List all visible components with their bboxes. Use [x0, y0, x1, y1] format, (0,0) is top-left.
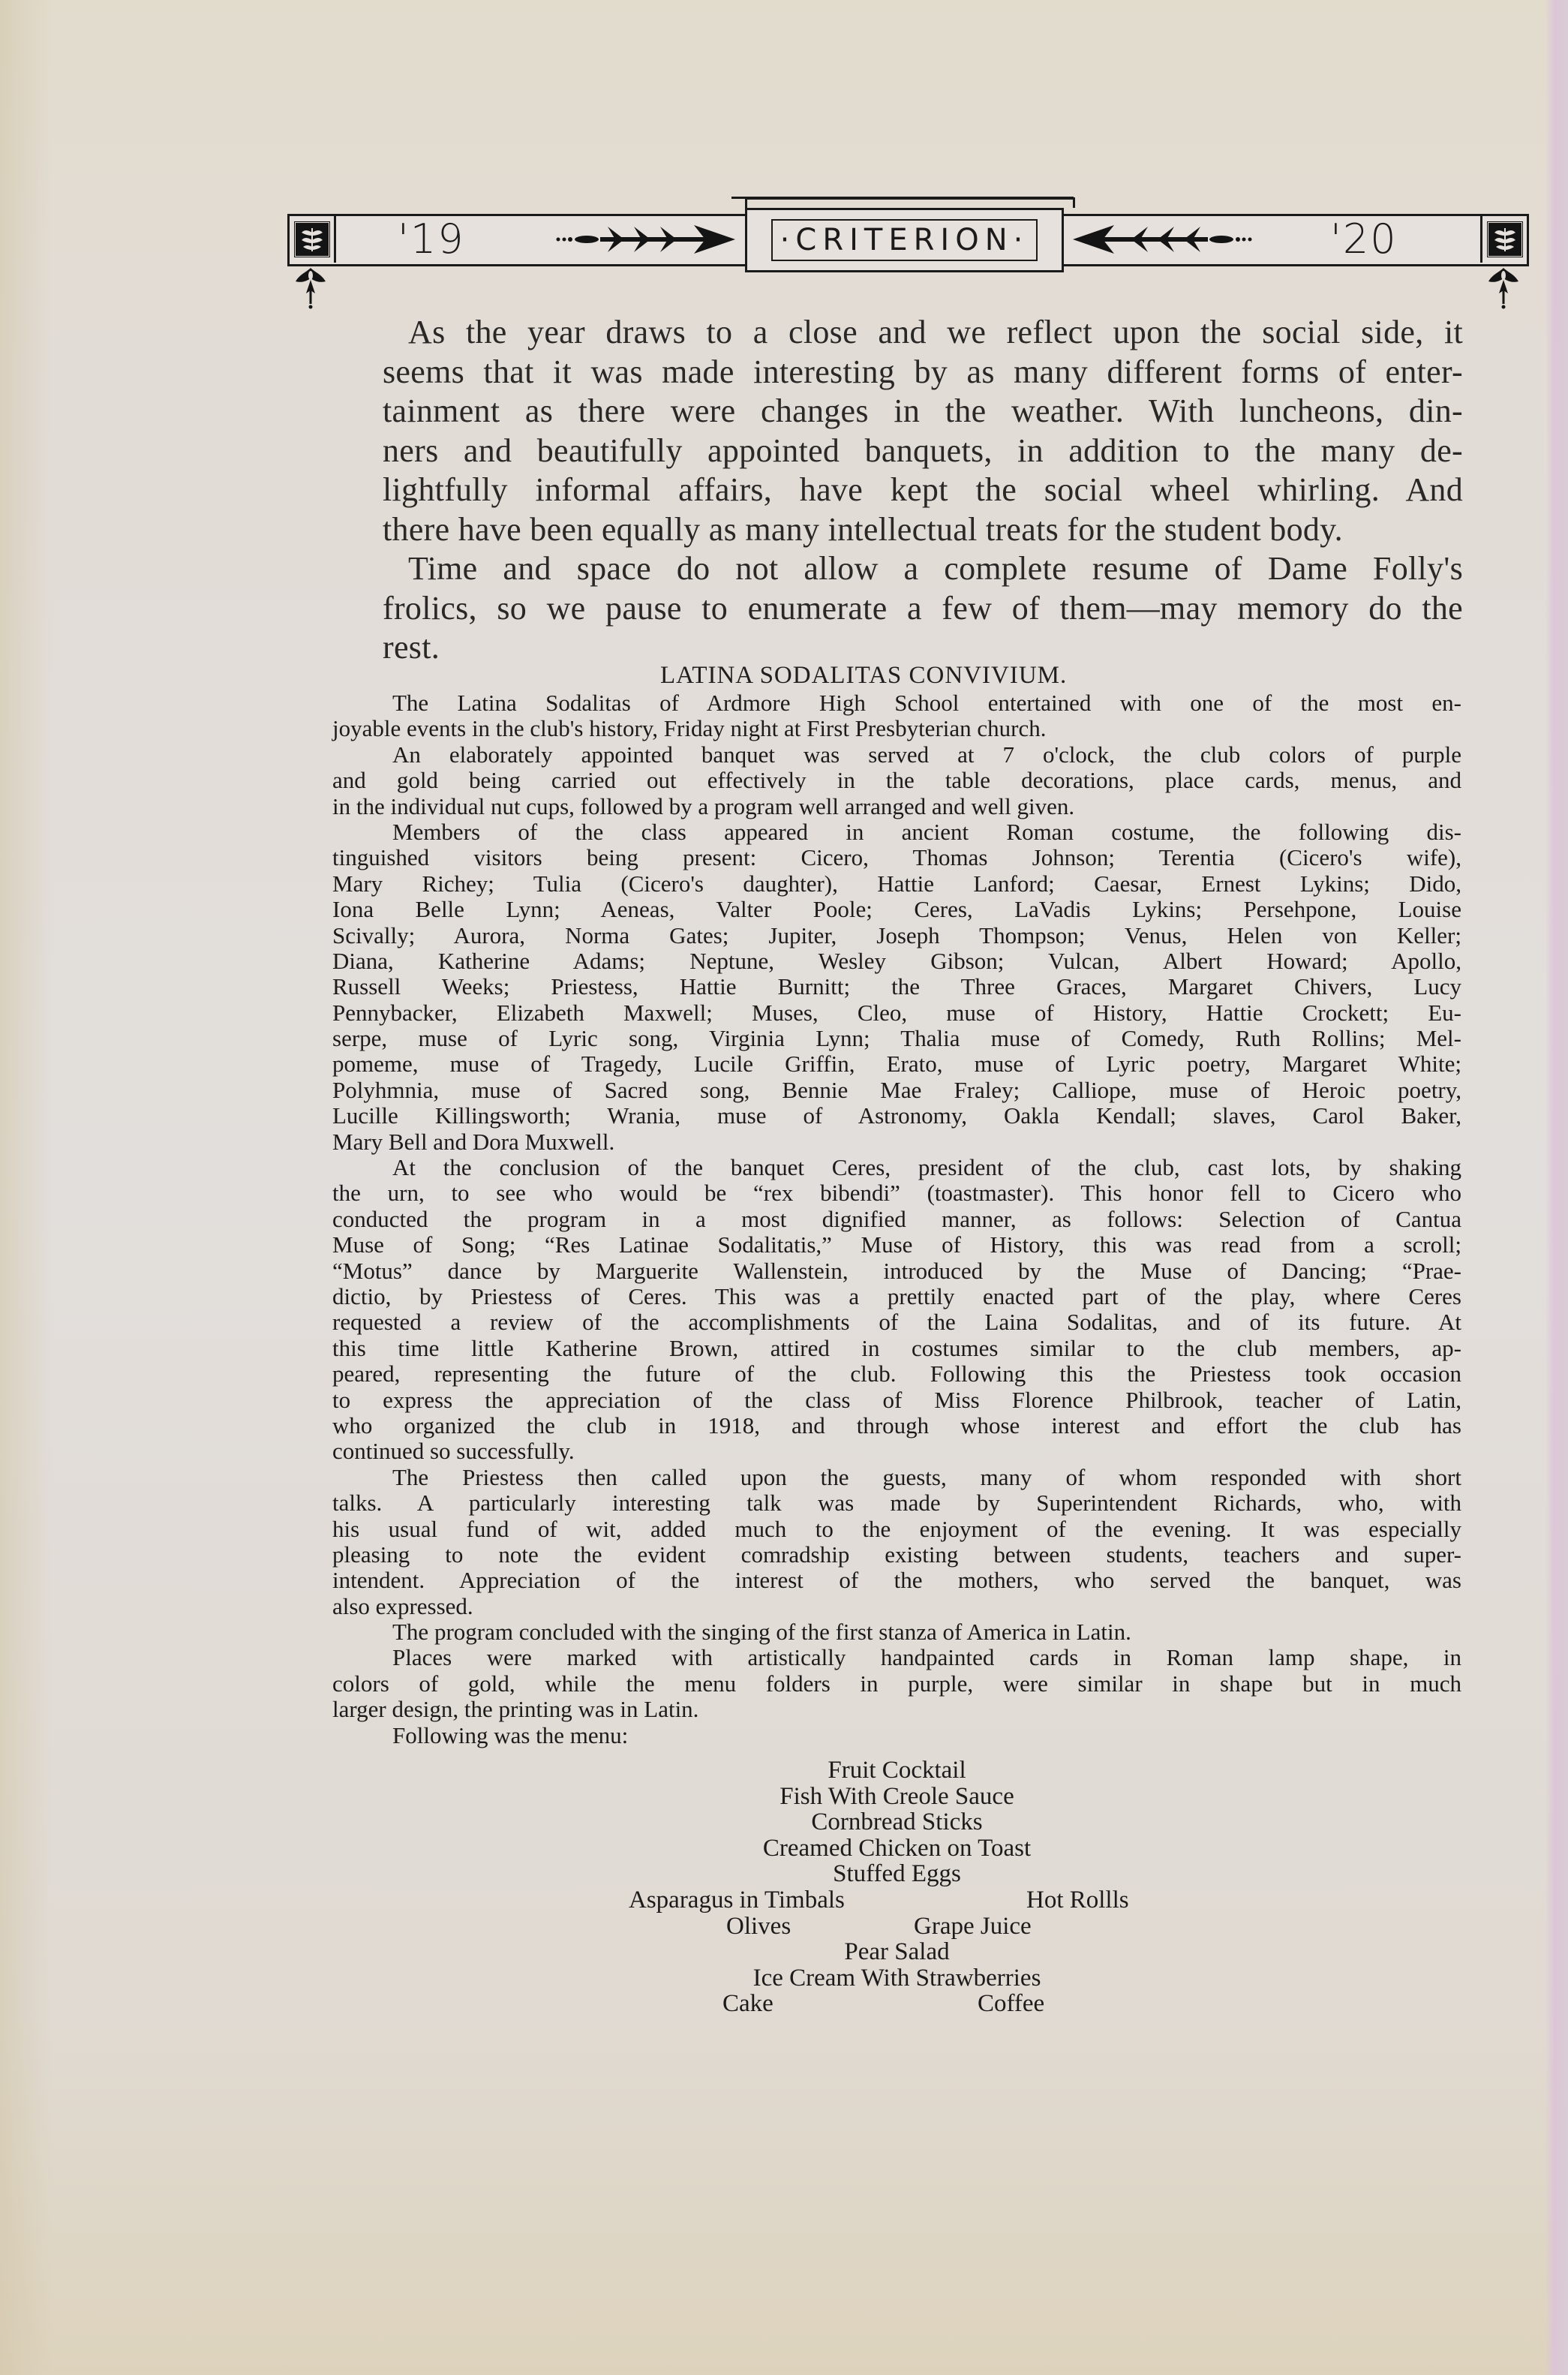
article-line: Muse of Song; “Res Latinae Sodalitatis,”… — [332, 1232, 1461, 1258]
article-line: requested a review of the accomplishment… — [332, 1309, 1461, 1335]
masthead-title-box: ·CRITERION· — [745, 208, 1064, 272]
article-line: pleasing to note the evident comradship … — [332, 1542, 1461, 1568]
menu-item-row: Asparagus in TimbalsHot Rollls — [332, 1887, 1461, 1914]
arrow-flourish-right-icon — [555, 222, 739, 257]
pendant-ornament-icon — [1487, 266, 1520, 311]
article-line: conducted the program in a most dignifie… — [332, 1207, 1461, 1232]
article-line: Diana, Katherine Adams; Neptune, Wesley … — [332, 948, 1461, 974]
year-end: '20 — [1330, 216, 1398, 263]
intro-line: seems that it was made interesting by as… — [383, 353, 1463, 392]
menu-item: Cornbread Sticks — [332, 1809, 1461, 1835]
pendant-ornament-icon — [294, 266, 327, 311]
article-line: Following was the menu: — [332, 1723, 1461, 1748]
intro-line: Time and space do not allow a complete r… — [383, 549, 1463, 589]
article-line: Iona Belle Lynn; Aeneas, Valter Poole; C… — [332, 897, 1461, 922]
menu-item-row: Fish With Creole Sauce — [332, 1784, 1461, 1810]
intro-line: tainment as there were changes in the we… — [383, 392, 1463, 431]
article-line: intendent. Appreciation of the interest … — [332, 1568, 1461, 1593]
article-line: to express the appreciation of the class… — [332, 1387, 1461, 1413]
menu-item-row: CakeCoffee — [332, 1991, 1461, 2017]
article-body: The Latina Sodalitas of Ardmore High Sch… — [332, 690, 1461, 1748]
corner-emblem-right — [1480, 216, 1527, 263]
article-line: peared, representing the future of the c… — [332, 1361, 1461, 1387]
article-line: joyable events in the club's history, Fr… — [332, 716, 1461, 741]
article-line: colors of gold, while the menu folders i… — [332, 1671, 1461, 1697]
menu-item-row: Stuffed Eggs — [332, 1861, 1461, 1887]
leaf-emblem-icon — [1486, 221, 1524, 258]
article-line: his usual fund of wit, added much to the… — [332, 1517, 1461, 1542]
banner-cap — [745, 197, 1075, 208]
intro-line: frolics, so we pause to enumerate a few … — [383, 589, 1463, 629]
article-line: Pennybacker, Elizabeth Maxwell; Muses, C… — [332, 1000, 1461, 1026]
menu-item: Pear Salad — [332, 1939, 1461, 1965]
page-edge-right — [1545, 0, 1568, 2375]
article-line: the urn, to see who would be “rex bibend… — [332, 1180, 1461, 1206]
article-line: Members of the class appeared in ancient… — [332, 819, 1461, 845]
article-line: Mary Bell and Dora Muxwell. — [332, 1129, 1461, 1155]
article-line: Places were marked with artistically han… — [332, 1645, 1461, 1670]
article-line: At the conclusion of the banquet Ceres, … — [332, 1155, 1461, 1180]
article-line: Russell Weeks; Priestess, Hattie Burnitt… — [332, 974, 1461, 1000]
intro-text: As the year draws to a close and we refl… — [383, 313, 1463, 668]
menu-item: Fruit Cocktail — [332, 1757, 1461, 1784]
article-line: in the individual nut cups, followed by … — [332, 794, 1461, 819]
menu-item: Coffee — [978, 1991, 1044, 2017]
year-start: '19 — [398, 216, 465, 263]
page-edge-shadow-left — [0, 0, 53, 2375]
article-line: tinguished visitors being present: Cicer… — [332, 845, 1461, 870]
article-line: Scivally; Aurora, Norma Gates; Jupiter, … — [332, 923, 1461, 948]
menu-item: Stuffed Eggs — [332, 1861, 1461, 1887]
article-line: who organized the club in 1918, and thro… — [332, 1413, 1461, 1439]
arrow-flourish-left-icon — [1069, 222, 1253, 257]
article-line: Lucille Killingsworth; Wrania, muse of A… — [332, 1103, 1461, 1129]
menu-item-row: Creamed Chicken on Toast — [332, 1835, 1461, 1862]
article-title: LATINA SODALITAS CONVIVIUM. — [660, 660, 1067, 690]
menu-item: Creamed Chicken on Toast — [332, 1835, 1461, 1862]
article-line: Mary Richey; Tulia (Cicero's daughter), … — [332, 871, 1461, 897]
article-line: The Priestess then called upon the guest… — [332, 1465, 1461, 1490]
article-line: serpe, muse of Lyric song, Virginia Lynn… — [332, 1026, 1461, 1051]
article-line: and gold being carried out effectively i… — [332, 768, 1461, 793]
menu-item: Hot Rollls — [1026, 1887, 1129, 1914]
masthead-title: ·CRITERION· — [771, 219, 1038, 261]
menu-item: Asparagus in Timbals — [629, 1887, 845, 1914]
menu-item: Olives — [726, 1914, 791, 1940]
menu-item-row: Ice Cream With Strawberries — [332, 1965, 1461, 1992]
article-line: An elaborately appointed banquet was ser… — [332, 742, 1461, 768]
article-line: Polyhmnia, muse of Sacred song, Bennie M… — [332, 1078, 1461, 1103]
article-line: also expressed. — [332, 1594, 1461, 1619]
menu-item: Fish With Creole Sauce — [332, 1784, 1461, 1810]
article-line: The Latina Sodalitas of Ardmore High Sch… — [332, 690, 1461, 716]
menu-item-row: OlivesGrape Juice — [332, 1914, 1461, 1940]
menu-item: Ice Cream With Strawberries — [332, 1965, 1461, 1992]
leaf-emblem-icon — [293, 221, 331, 258]
article-line: “Motus” dance by Marguerite Wallenstein,… — [332, 1258, 1461, 1284]
menu-item-row: Cornbread Sticks — [332, 1809, 1461, 1835]
menu-item-row: Pear Salad — [332, 1939, 1461, 1965]
intro-line: lightfully informal affairs, have kept t… — [383, 470, 1463, 510]
article-line: larger design, the printing was in Latin… — [332, 1697, 1461, 1722]
banquet-menu: Fruit CocktailFish With Creole SauceCorn… — [332, 1757, 1461, 2017]
corner-emblem-left — [290, 216, 336, 263]
article-line: dictio, by Priestess of Ceres. This was … — [332, 1284, 1461, 1309]
menu-item-row: Fruit Cocktail — [332, 1757, 1461, 1784]
menu-item: Grape Juice — [914, 1914, 1032, 1940]
article-line: The program concluded with the singing o… — [332, 1619, 1461, 1645]
article-line: talks. A particularly interesting talk w… — [332, 1490, 1461, 1516]
menu-item: Cake — [722, 1991, 773, 2017]
article-line: continued so successfully. — [332, 1439, 1461, 1464]
article-line: pomeme, muse of Tragedy, Lucile Griffin,… — [332, 1051, 1461, 1077]
intro-line: there have been equally as many intellec… — [383, 510, 1463, 550]
intro-line: As the year draws to a close and we refl… — [383, 313, 1463, 353]
article-line: this time little Katherine Brown, attire… — [332, 1336, 1461, 1361]
intro-line: ners and beautifully appointed banquets,… — [383, 431, 1463, 471]
